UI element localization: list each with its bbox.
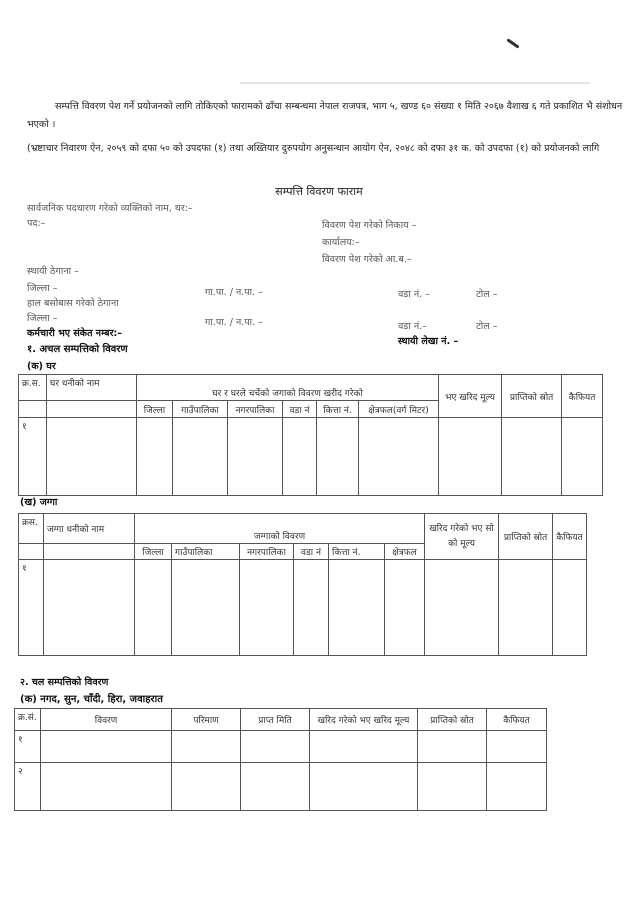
legal-basis-paragraph: (भ्रष्टाचार निवारण ऐन, २०५९ को दफा ५० को… [27, 140, 632, 158]
current-address-label: हाल बसोबास गरेको ठेगाना [27, 296, 119, 309]
house-district-header: जिल्ला [137, 401, 173, 418]
valuables-sn-header: क्र.सं. [15, 709, 41, 731]
house-remarks-header: कैफियत [562, 375, 603, 418]
table-row: १ [19, 418, 603, 496]
land-owner-header: जग्गा धनीको नाम [44, 514, 135, 544]
permanent-address-label: स्थायी ठेगाना – [27, 264, 79, 277]
land-table: क्रस. जग्गा धनीको नाम जग्गाको विवरण खरिद… [18, 513, 587, 656]
land-plot-header: कित्ता नं. [329, 544, 385, 560]
valuables-subtitle: (क) नगद, सुन, चाँदी, हिरा, जवाहरात [20, 691, 163, 705]
row-number: १ [19, 560, 44, 656]
land-district-header: जिल्ला [135, 544, 172, 560]
valuables-description-header: विवरण [41, 709, 172, 731]
house-rural-municipality-header: गाउँपालिका [173, 401, 228, 418]
land-rural-municipality-header: गाउँपालिका [172, 544, 240, 560]
land-ward-header: वडा नं [294, 544, 329, 560]
table-row: १ [15, 731, 547, 763]
tole-field-current[interactable]: टोल – [476, 319, 497, 332]
office-field[interactable]: कार्यालय:– [322, 235, 360, 248]
ward-field-permanent[interactable]: वडा नं. – [398, 287, 430, 300]
house-area-header: क्षेत्रफल(वर्ग मिटर) [359, 401, 439, 418]
valuables-remarks-header: कैफियत [487, 709, 547, 731]
table-row: २ [15, 763, 547, 811]
fiscal-year-field[interactable]: विवरण पेश गरेको आ.ब.– [322, 252, 412, 265]
row-number: २ [15, 763, 41, 811]
intro-paragraph: सम्पत्ति विवरण पेश गर्ने प्रयोजनको लागि … [27, 98, 632, 134]
house-table: क्र.स. घर धनीको नाम घर र घरले चर्चेको जग… [18, 374, 603, 496]
land-area-header: क्षेत्रफल [385, 544, 425, 560]
house-owner-header: घर धनीको नाम [47, 375, 137, 401]
house-municipality-header: नगरपालिका [228, 401, 283, 418]
land-sn-header: क्रस. [19, 514, 44, 544]
valuables-source-header: प्राप्तिको स्रोत [418, 709, 487, 731]
house-subtitle: (क) घर [27, 359, 56, 372]
valuables-table: क्र.सं. विवरण परिमाण प्राप्त मिति खरिद ग… [14, 708, 547, 811]
post-field[interactable]: पद:– [27, 216, 45, 229]
valuables-quantity-header: परिमाण [172, 709, 241, 731]
land-price-header: खरिद गरेको भए सो को मूल्य [425, 514, 499, 560]
district-field-current[interactable]: जिल्ला – [27, 311, 57, 324]
section2-title: २. चल सम्पत्तिको विवरण [20, 675, 108, 688]
pen-mark [506, 38, 519, 48]
house-owner-subheader [47, 401, 137, 418]
house-ward-header: वडा नं [283, 401, 317, 418]
table-row: १ [19, 560, 587, 656]
pan-field[interactable]: स्थायी लेखा नं. – [398, 334, 458, 347]
row-number: १ [15, 731, 41, 763]
house-sn-header: क्र.स. [19, 375, 47, 401]
municipality-field-current[interactable]: गा.पा. / न.पा. – [205, 315, 263, 328]
land-subtitle: (ख) जग्गा [20, 495, 57, 508]
valuables-date-header: प्राप्त मिति [241, 709, 310, 731]
faded-header-line [240, 82, 590, 84]
tole-field-permanent[interactable]: टोल – [476, 287, 497, 300]
land-group-header: जग्गाको विवरण [135, 514, 425, 544]
name-field[interactable]: सार्वजनिक पदधारण गरेको व्यक्तिको नाम, थर… [27, 201, 193, 214]
agency-field[interactable]: विवरण पेश गरेको निकाय – [322, 218, 416, 231]
land-municipality-header: नगरपालिका [240, 544, 294, 560]
section1-title: १. अचल सम्पत्तिको विवरण [27, 341, 128, 355]
valuables-price-header: खरिद गरेको भए खरिद मूल्य [310, 709, 418, 731]
house-price-header: भए खरिद मूल्य [439, 375, 502, 418]
district-field-permanent[interactable]: जिल्ला – [27, 281, 57, 294]
house-source-header: प्राप्तिको स्रोत [502, 375, 562, 418]
ward-field-current[interactable]: वडा नं.– [398, 319, 427, 332]
house-plot-header: कित्ता नं. [317, 401, 359, 418]
municipality-field-permanent[interactable]: गा.पा. / न.पा. – [205, 285, 263, 298]
land-remarks-header: कैफियत [553, 514, 587, 560]
row-number: १ [19, 418, 47, 496]
house-sn-subheader [19, 401, 47, 418]
land-source-header: प्राप्तिको स्रोत [499, 514, 553, 560]
employee-code-field[interactable]: कर्मचारी भए संकेत नम्बर:– [27, 326, 122, 339]
house-group-header: घर र घरले चर्चेको जगाको विवरण खरीद गरेको [137, 375, 439, 401]
form-title: सम्पत्ति विवरण फाराम [0, 184, 638, 199]
